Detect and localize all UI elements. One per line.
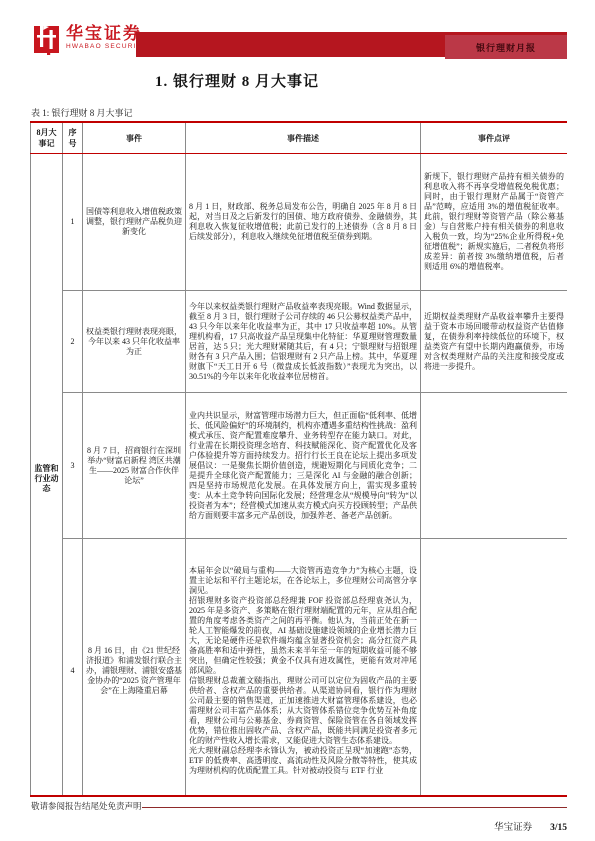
events-table: 8月大事记 序号 事件 事件描述 事件点评 监管和行业动态 1 国债等利息收入增…: [30, 123, 567, 797]
event-cell: 8 月 16 日，由《21 世纪经济报道》和浦发银行联合主办，浦银理财、浦银安盛…: [83, 539, 186, 798]
events-table-wrapper: 8月大事记 序号 事件 事件描述 事件点评 监管和行业动态 1 国债等利息收入增…: [30, 121, 567, 797]
event-cell: 权益类银行理财表现亮眼，今年以来 43 只年化收益率为正: [83, 291, 186, 393]
table-caption: 表 1: 银行理财 8 月大事记: [31, 106, 133, 119]
row-index: 3: [63, 393, 83, 539]
header-red-banner: 银行理财月报: [136, 32, 567, 57]
header-index: 序号: [63, 123, 83, 154]
comment-cell: 新规下，银行理财产品持有相关债券的利息收入将不再享受增值税免税优惠；同时，由于银…: [421, 154, 568, 291]
header-description: 事件描述: [186, 123, 421, 154]
description-cell: 本届年会以“破局与重构——大资管再造竞争力”为核心主题，设置主论坛和平行主题论坛…: [186, 539, 421, 798]
report-type-tag: 银行理财月报: [445, 35, 567, 59]
report-type-label: 银行理财月报: [476, 41, 536, 54]
description-cell: 业内共识显示，财富管理市场潜力巨大，但正面临“低利率、低增长、低风险偏好”的环境…: [186, 393, 421, 539]
header-event: 事件: [83, 123, 186, 154]
row-index: 2: [63, 291, 83, 393]
row-index: 4: [63, 539, 83, 798]
table-row: 3 8 月 7 日，招商银行在深圳举办“财富启新程 湾区共潮生——2025 财富…: [31, 393, 568, 539]
event-cell: 8 月 7 日，招商银行在深圳举办“财富启新程 湾区共潮生——2025 财富合作…: [83, 393, 186, 539]
row-index: 1: [63, 154, 83, 291]
description-cell: 8 月 1 日，财政部、税务总局发布公告，明确自 2025 年 8 月 8 日起…: [186, 154, 421, 291]
table-row: 4 8 月 16 日，由《21 世纪经济报道》和浦发银行联合主办，浦银理财、浦银…: [31, 539, 568, 798]
header-category: 8月大事记: [31, 123, 63, 154]
footer-brand: 华宝证券: [494, 819, 532, 833]
category-cell: 监管和行业动态: [31, 154, 63, 798]
table-row: 监管和行业动态 1 国债等利息收入增值税政策调整，银行理财产品税负迎新变化 8 …: [31, 154, 568, 291]
page-number: 3/15: [550, 823, 567, 833]
comment-cell: [421, 393, 568, 539]
event-cell: 国债等利息收入增值税政策调整，银行理财产品税负迎新变化: [83, 154, 186, 291]
description-cell: 今年以来权益类银行理财产品收益率表现亮眼。Wind 数据显示，截至 8 月 3 …: [186, 291, 421, 393]
hwabao-logo-icon: [34, 23, 61, 55]
footer-rule: [142, 807, 567, 808]
table-row: 2 权益类银行理财表现亮眼，今年以来 43 只年化收益率为正 今年以来权益类银行…: [31, 291, 568, 393]
footer-disclaimer: 敬请参阅报告结尾处免责声明: [31, 800, 142, 812]
header-comment: 事件点评: [421, 123, 568, 154]
section-title: 1. 银行理财 8 月大事记: [155, 70, 319, 91]
footer-pageinfo: 华宝证券 3/15: [494, 819, 567, 833]
table-header-row: 8月大事记 序号 事件 事件描述 事件点评: [31, 123, 568, 154]
comment-cell: [421, 539, 568, 798]
comment-cell: 近期权益类理财产品收益率攀升主要得益于资本市场回暖带动权益资产估值修复，在债券利…: [421, 291, 568, 393]
